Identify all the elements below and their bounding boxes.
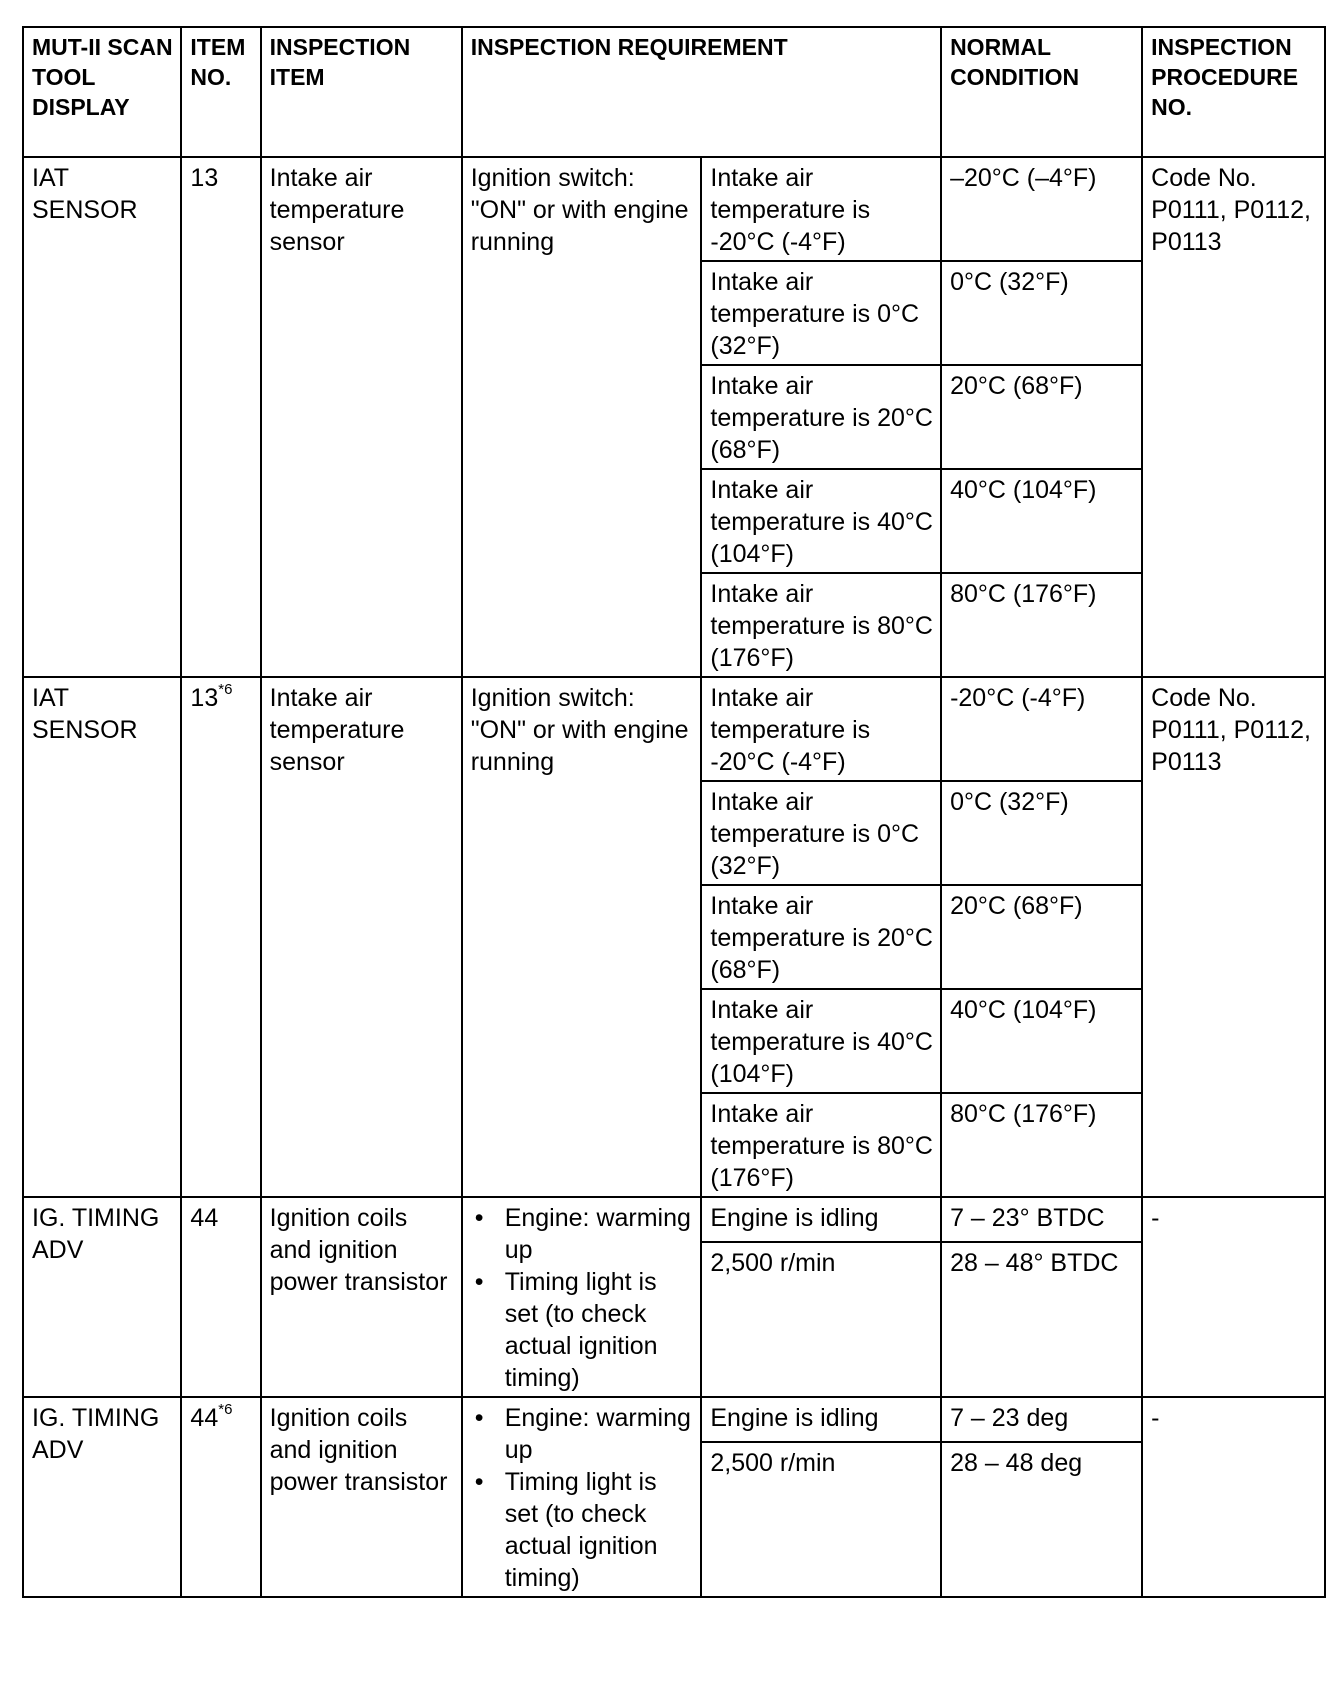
normal-condition-cell: 40°C (104°F) [941, 469, 1142, 573]
condition-requirement-cell: Intake air temperature is -20°C (-4°F) [701, 677, 941, 781]
header-normal-condition: NORMAL CONDITION [941, 27, 1142, 157]
item-no-cell: 44 [181, 1197, 260, 1397]
condition-requirement-cell: Intake air temperature is -20°C (-4°F) [701, 157, 941, 261]
condition-requirement-cell: Intake air temperature is 80°C (176°F) [701, 573, 941, 677]
header-inspection-item: INSPECTION ITEM [261, 27, 462, 157]
scan-tool-display-cell: IG. TIMING ADV [23, 1397, 181, 1597]
item-no-cell: 13 [181, 157, 260, 677]
condition-requirement-cell: Engine is idling [701, 1397, 941, 1442]
inspection-item-cell: Ignition coils and ignition power transi… [261, 1397, 462, 1597]
inspection-item-cell: Intake air temperature sensor [261, 157, 462, 677]
normal-condition-cell: 0°C (32°F) [941, 781, 1142, 885]
inspection-item-cell: Intake air temperature sensor [261, 677, 462, 1197]
scan-tool-display-cell: IAT SENSOR [23, 677, 181, 1197]
requirement-cell: Ignition switch: "ON" or with engine run… [462, 157, 702, 677]
inspection-spec-table: MUT-II SCAN TOOL DISPLAY ITEM NO. INSPEC… [22, 26, 1326, 1598]
procedure-cell: Code No. P0111, P0112, P0113 [1142, 677, 1325, 1197]
condition-requirement-cell: Intake air temperature is 0°C (32°F) [701, 261, 941, 365]
procedure-cell: Code No. P0111, P0112, P0113 [1142, 157, 1325, 677]
condition-requirement-cell: Intake air temperature is 20°C (68°F) [701, 365, 941, 469]
scan-tool-display-cell: IAT SENSOR [23, 157, 181, 677]
procedure-cell: - [1142, 1397, 1325, 1597]
header-inspection-requirement: INSPECTION REQUIREMENT [462, 27, 941, 157]
normal-condition-cell: –20°C (–4°F) [941, 157, 1142, 261]
table-row: IAT SENSOR 13*6 Intake air temperature s… [23, 677, 1325, 781]
normal-condition-cell: 40°C (104°F) [941, 989, 1142, 1093]
header-row: MUT-II SCAN TOOL DISPLAY ITEM NO. INSPEC… [23, 27, 1325, 157]
normal-condition-cell: 80°C (176°F) [941, 1093, 1142, 1197]
normal-condition-cell: 20°C (68°F) [941, 365, 1142, 469]
requirement-bullet: Timing light is set (to check actual ign… [505, 1466, 695, 1594]
normal-condition-cell: 7 – 23° BTDC [941, 1197, 1142, 1242]
condition-requirement-cell: Intake air temperature is 40°C (104°F) [701, 989, 941, 1093]
normal-condition-cell: -20°C (-4°F) [941, 677, 1142, 781]
requirement-cell: Engine: warming up Timing light is set (… [462, 1197, 702, 1397]
procedure-cell: - [1142, 1197, 1325, 1397]
item-no-cell: 44*6 [181, 1397, 260, 1597]
requirement-bullet-list: Engine: warming up Timing light is set (… [471, 1202, 695, 1394]
normal-condition-cell: 20°C (68°F) [941, 885, 1142, 989]
normal-condition-cell: 7 – 23 deg [941, 1397, 1142, 1442]
scan-tool-display-cell: IG. TIMING ADV [23, 1197, 181, 1397]
requirement-bullet: Engine: warming up [505, 1402, 695, 1466]
condition-requirement-cell: Engine is idling [701, 1197, 941, 1242]
requirement-bullet: Engine: warming up [505, 1202, 695, 1266]
condition-requirement-cell: 2,500 r/min [701, 1242, 941, 1397]
table-row: IG. TIMING ADV 44 Ignition coils and ign… [23, 1197, 1325, 1242]
header-scan-tool-display: MUT-II SCAN TOOL DISPLAY [23, 27, 181, 157]
condition-requirement-cell: Intake air temperature is 40°C (104°F) [701, 469, 941, 573]
normal-condition-cell: 28 – 48° BTDC [941, 1242, 1142, 1397]
condition-requirement-cell: 2,500 r/min [701, 1442, 941, 1597]
normal-condition-cell: 28 – 48 deg [941, 1442, 1142, 1597]
item-no-cell: 13*6 [181, 677, 260, 1197]
normal-condition-cell: 0°C (32°F) [941, 261, 1142, 365]
condition-requirement-cell: Intake air temperature is 0°C (32°F) [701, 781, 941, 885]
table-row: IAT SENSOR 13 Intake air temperature sen… [23, 157, 1325, 261]
header-inspection-procedure-no: INSPECTION PROCEDURE NO. [1142, 27, 1325, 157]
requirement-cell: Ignition switch: "ON" or with engine run… [462, 677, 702, 1197]
table-row: IG. TIMING ADV 44*6 Ignition coils and i… [23, 1397, 1325, 1442]
header-item-no: ITEM NO. [181, 27, 260, 157]
normal-condition-cell: 80°C (176°F) [941, 573, 1142, 677]
inspection-item-cell: Ignition coils and ignition power transi… [261, 1197, 462, 1397]
requirement-bullet: Timing light is set (to check actual ign… [505, 1266, 695, 1394]
condition-requirement-cell: Intake air temperature is 20°C (68°F) [701, 885, 941, 989]
requirement-cell: Engine: warming up Timing light is set (… [462, 1397, 702, 1597]
requirement-bullet-list: Engine: warming up Timing light is set (… [471, 1402, 695, 1594]
condition-requirement-cell: Intake air temperature is 80°C (176°F) [701, 1093, 941, 1197]
